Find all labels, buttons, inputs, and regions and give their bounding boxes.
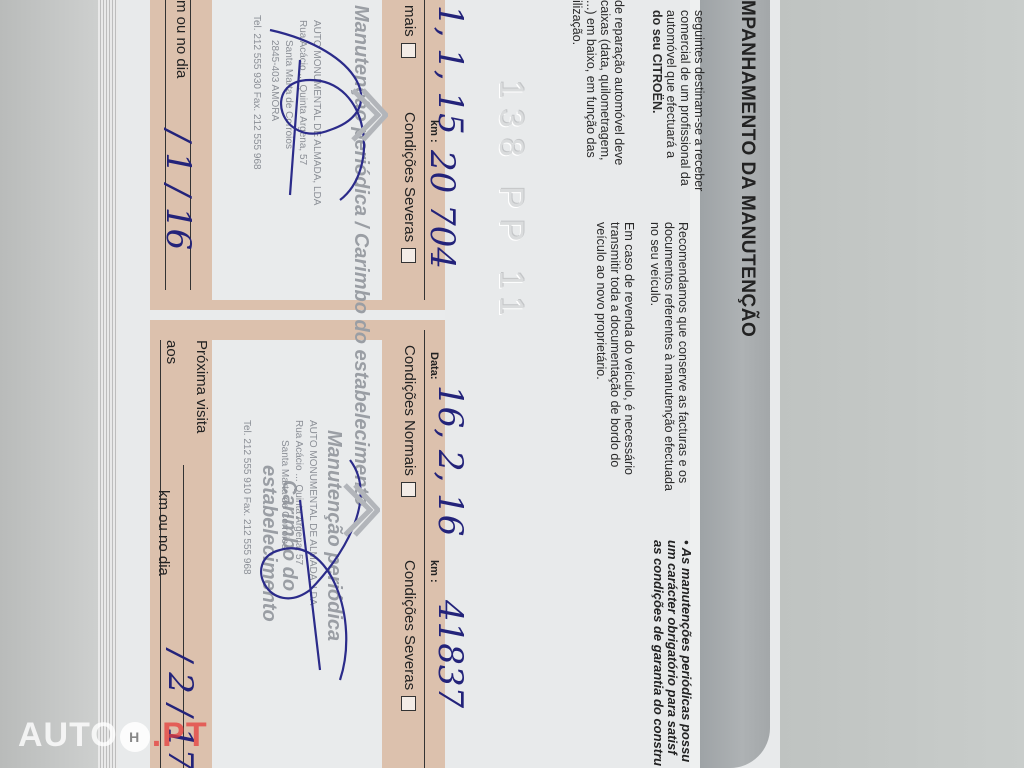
date-underline-2 (424, 330, 425, 768)
recommend-line: no seu veículo. (647, 222, 662, 306)
normal-conditions-checkbox-2[interactable] (401, 482, 416, 497)
entry2-severe-conditions: Condições Severas (401, 560, 418, 711)
intro-line: seguintes destinam-se a receber (691, 10, 706, 191)
signature-2 (230, 440, 380, 700)
watermark-auto-text: AUTO (18, 716, 118, 754)
intro-line: do seu CITROËN. (649, 10, 664, 113)
intro-line: ilização. (569, 0, 584, 45)
entry1-date-handwritten: 1, 1, 15 (430, 5, 470, 135)
intro-line: caixas (data, quilometragem, (597, 0, 612, 161)
entry2-next-visit-label: Próxima visita (193, 340, 210, 433)
entry1-next-date-handwritten: / 1 / 16 (158, 130, 198, 250)
intro-line: ...) em baixo, em função das (583, 0, 598, 158)
severe-conditions-checkbox-2[interactable] (401, 696, 416, 711)
warranty-note-line: um carácter obrigatório para satisf (665, 540, 680, 755)
citroen-chevron-icon (348, 85, 388, 145)
autopt-watermark: AUTOH.PT (18, 716, 208, 755)
intro-line: comercial de um profissional da (677, 10, 692, 186)
entry1-normal-conditions: mais (401, 5, 418, 58)
intro-line: de reparação automóvel deve (611, 0, 626, 165)
intro-line: automóvel que efectuará a (663, 10, 678, 158)
embossed-plate-text: 138 PP 11 (491, 80, 530, 326)
entry1-next-label: m ou no dia (173, 0, 190, 78)
background-right (780, 0, 1024, 768)
entry1-severe-conditions: Condições Severas (401, 112, 418, 263)
entry2-km-handwritten: 41837 (430, 600, 470, 708)
watermark-pt-text: .PT (152, 716, 208, 754)
recommend-line: Recomendamos que conserve as facturas e … (675, 222, 690, 483)
booklet-page-edges (98, 0, 120, 768)
resale-line: Em caso de revenda do veículo, é necessá… (621, 222, 636, 475)
entry2-aos-label: aos (163, 340, 180, 364)
entry2-km-label: km : (428, 560, 440, 583)
resale-line: transmitir toda a documentação de bordo … (607, 222, 622, 467)
warranty-note-line: • As manutenções periódicas possu (679, 540, 694, 762)
normal-conditions-checkbox[interactable] (401, 43, 416, 58)
form-divider (150, 310, 445, 320)
warranty-note-line: as condições de garantia do constru (651, 540, 666, 766)
recommend-line: documentos referentes à manutenção efect… (661, 222, 676, 491)
resale-line: veículo ao novo proprietário. (593, 222, 608, 380)
severe-conditions-checkbox[interactable] (401, 248, 416, 263)
entry1-km-handwritten: 20 704 (422, 150, 462, 269)
citroen-chevron-icon-2 (340, 480, 380, 540)
gear-knob-icon: H (120, 722, 150, 752)
page-title: MPANHAMENTO DA MANUTENÇÃO (736, 0, 758, 337)
entry1-km-label: km : (428, 120, 440, 143)
entry2-normal-conditions: Condições Normais (401, 345, 418, 497)
entry2-next-km-label: km ou no dia (155, 490, 172, 576)
header-band (700, 0, 770, 768)
background-left (0, 0, 105, 768)
entry2-date-handwritten: 16, 2, 16 (430, 385, 470, 536)
entry2-date-label: Data: (428, 352, 440, 380)
